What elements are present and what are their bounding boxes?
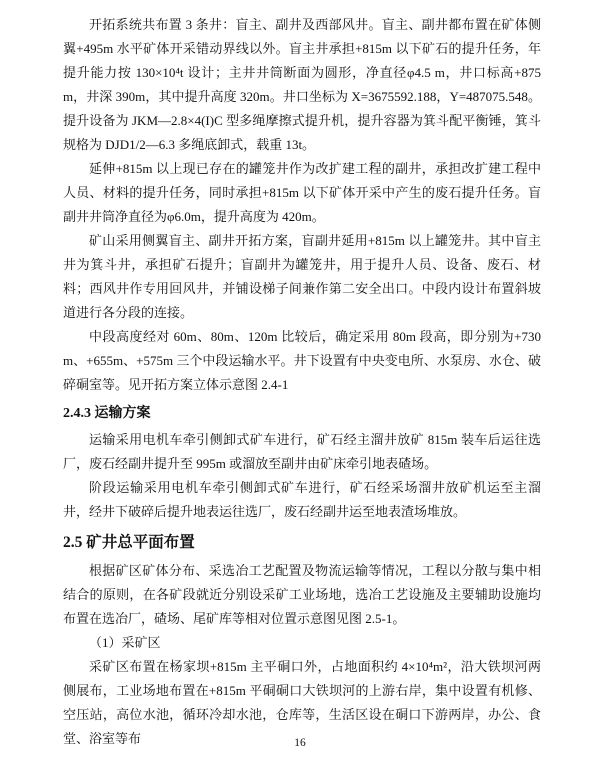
- list-item-mining-area-heading: （1）采矿区: [63, 631, 541, 655]
- paragraph-development-system-3: 矿山采用侧翼盲主、副井开拓方案，盲副井延用+815m 以上罐笼井。其中盲主井为箕…: [63, 229, 541, 325]
- paragraph-general-layout-1: 根据矿区矿体分布、采选冶工艺配置及物流运输等情况，工程以分散与集中相结合的原则，…: [63, 559, 541, 631]
- paragraph-development-system-2: 延伸+815m 以上现已存在的罐笼井作为改扩建工程的副井，承担改扩建工程中人员、…: [63, 157, 541, 229]
- section-heading-2-4-3-transport-plan: 2.4.3 运输方案: [63, 401, 541, 426]
- document-page: 开拓系统共布置 3 条井：盲主、副井及西部风井。盲主、副井都布置在矿体侧翼+49…: [0, 0, 600, 771]
- paragraph-transport-plan-1: 运输采用电机车牵引侧卸式矿车进行，矿石经主溜井放矿 815m 装车后运往选厂，废…: [63, 428, 541, 476]
- paragraph-development-system-1: 开拓系统共布置 3 条井：盲主、副井及西部风井。盲主、副井都布置在矿体侧翼+49…: [63, 13, 541, 157]
- section-heading-2-5-general-layout: 2.5 矿井总平面布置: [63, 530, 541, 556]
- paragraph-transport-plan-2: 阶段运输采用电机车牵引侧卸式矿车进行，矿石经采场溜井放矿机运至主溜井，经井下破碎…: [63, 476, 541, 524]
- page-number: 16: [0, 737, 600, 749]
- paragraph-development-system-4: 中段高度经对 60m、80m、120m 比较后，确定采用 80m 段高，即分别为…: [63, 325, 541, 397]
